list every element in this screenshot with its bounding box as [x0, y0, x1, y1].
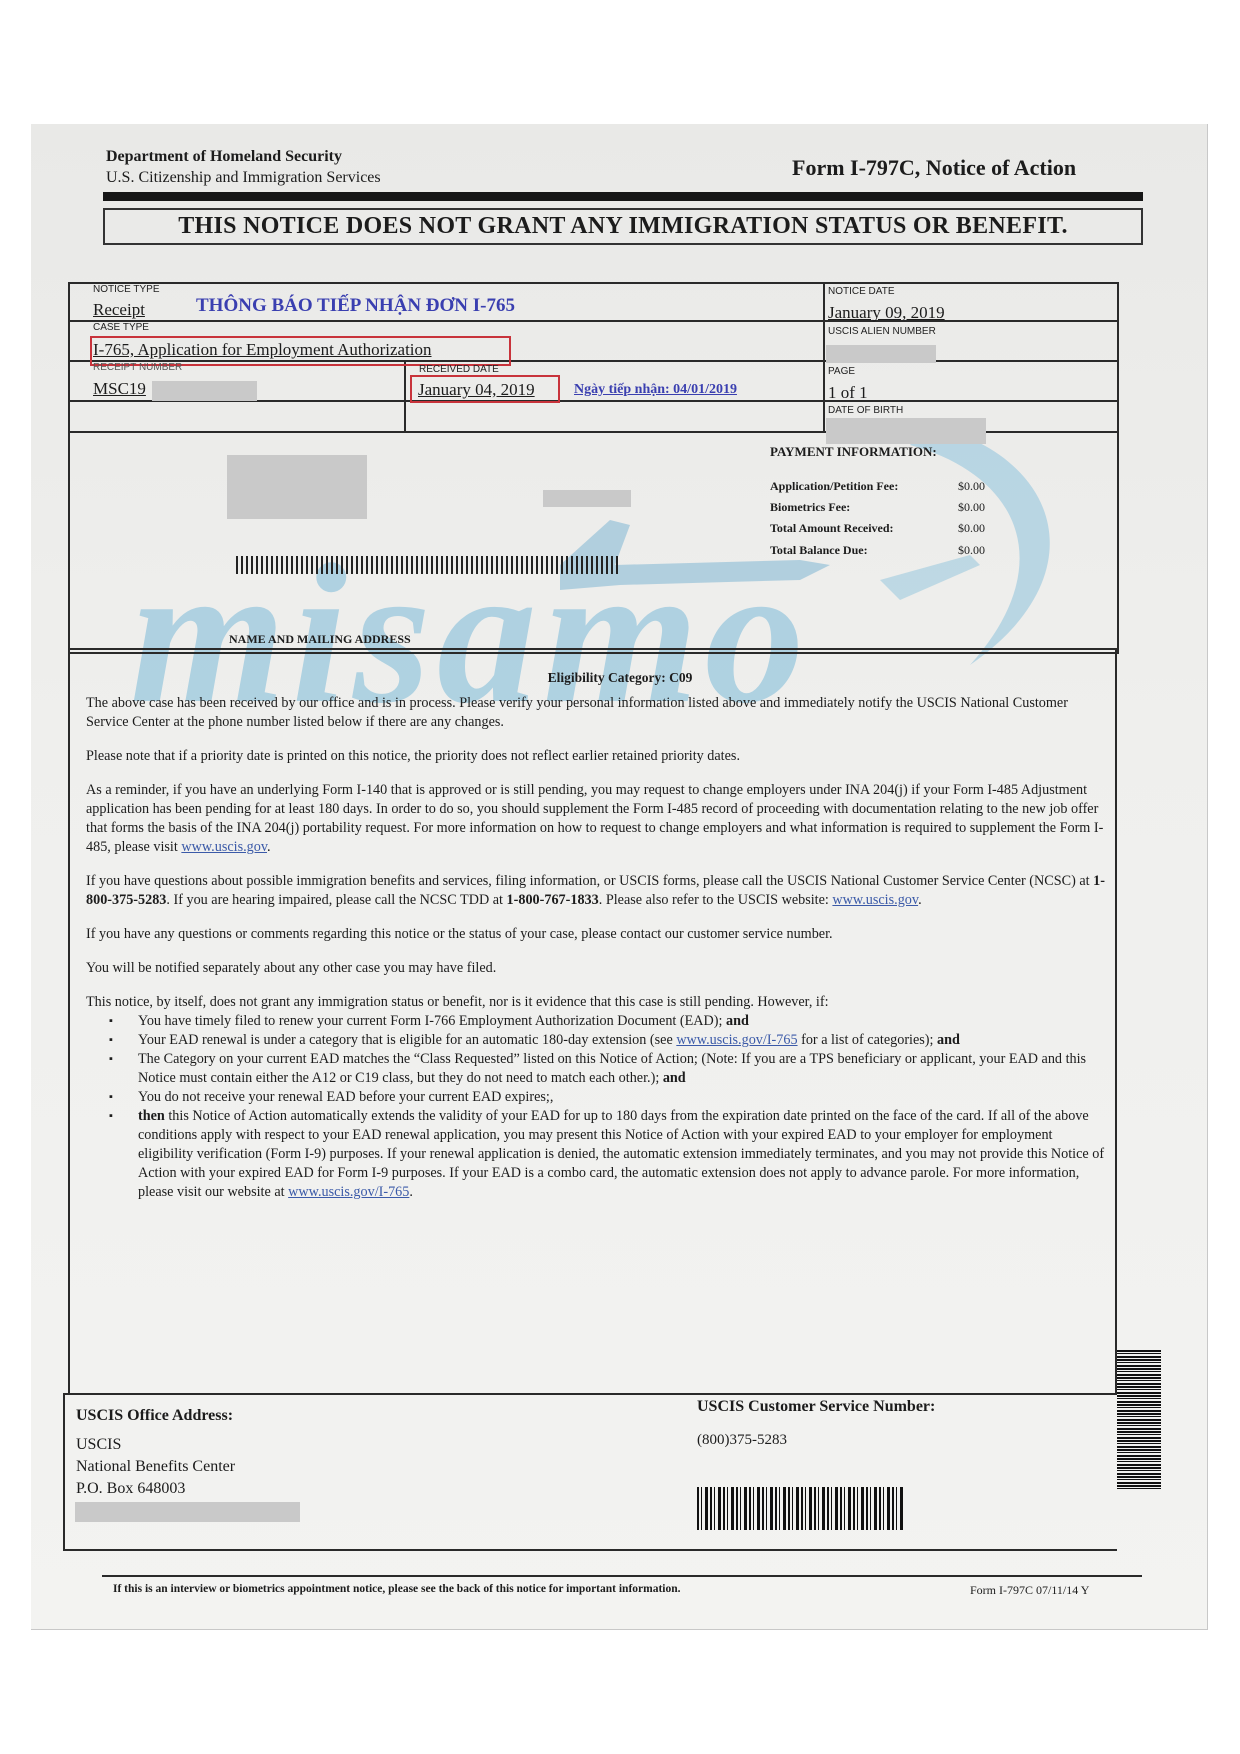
receipt-number-value: MSC19 — [93, 379, 146, 399]
paragraph-contact: If you have questions about possible imm… — [86, 872, 1106, 910]
eligibility-category: Eligibility Category: C09 — [0, 668, 1240, 687]
receipt-number-label: RECEIPT NUMBER — [93, 362, 182, 373]
case-type-label: CASE TYPE — [93, 322, 149, 333]
barcode-icon — [697, 1487, 905, 1530]
office-line-1: USCIS — [76, 1436, 121, 1454]
and-text: and — [726, 1013, 749, 1029]
then-text: then — [138, 1108, 165, 1124]
alien-number-label: USCIS ALIEN NUMBER — [828, 326, 936, 337]
received-date-label: RECEIVED DATE — [419, 364, 499, 375]
divider — [68, 320, 1117, 322]
tdd-phone: 1-800-767-1833 — [507, 892, 599, 908]
payment-value: $0.00 — [958, 500, 985, 515]
divider — [1115, 650, 1117, 1395]
and-text: and — [663, 1070, 686, 1086]
vietnamese-annotation-received: Ngày tiếp nhận: 04/01/2019 — [574, 382, 737, 398]
header-rule — [103, 192, 1143, 201]
received-date-value: January 04, 2019 — [418, 380, 535, 400]
contact-text: . If you are hearing impaired, please ca… — [166, 892, 506, 908]
page-value: 1 of 1 — [828, 383, 868, 403]
condition-text: The Category on your current EAD matches… — [138, 1051, 1086, 1086]
contact-text: If you have questions about possible imm… — [86, 873, 1093, 889]
department-name: Department of Homeland Security — [106, 148, 342, 166]
form-title: Form I-797C, Notice of Action — [792, 155, 1076, 181]
i765-link[interactable]: www.uscis.gov/I-765 — [676, 1032, 797, 1048]
office-line-2: National Benefits Center — [76, 1458, 235, 1476]
postal-barcode-icon — [236, 556, 620, 574]
notice-date-value: January 09, 2019 — [828, 303, 945, 323]
mailing-address-label: NAME AND MAILING ADDRESS — [229, 632, 411, 647]
payment-label: Total Balance Due: — [770, 543, 868, 558]
paragraph-questions: If you have any questions or comments re… — [86, 925, 1106, 944]
footer-rule — [102, 1575, 1142, 1577]
list-item: The Category on your current EAD matches… — [86, 1050, 1106, 1088]
divider — [68, 648, 1117, 650]
contact-text: . Please also refer to the USCIS website… — [599, 892, 833, 908]
payment-label: Biometrics Fee: — [770, 500, 850, 515]
vertical-barcode-icon — [1117, 1350, 1161, 1490]
paragraph-received: The above case has been received by our … — [86, 694, 1106, 732]
notice-banner: THIS NOTICE DOES NOT GRANT ANY IMMIGRATI… — [103, 208, 1143, 245]
divider — [63, 1393, 1117, 1395]
form-revision: Form I-797C 07/11/14 Y — [970, 1583, 1089, 1598]
i765-link[interactable]: www.uscis.gov/I-765 — [288, 1184, 409, 1200]
divider — [68, 650, 70, 1395]
vietnamese-annotation-title: THÔNG BÁO TIẾP NHẬN ĐƠN I-765 — [196, 295, 515, 317]
notice-date-label: NOTICE DATE — [828, 286, 894, 297]
agency-name: U.S. Citizenship and Immigration Service… — [106, 169, 381, 187]
payment-label: Application/Petition Fee: — [770, 479, 898, 494]
list-item: You have timely filed to renew your curr… — [86, 1012, 1106, 1031]
body-content: The above case has been received by our … — [86, 694, 1106, 1202]
payment-value: $0.00 — [958, 521, 985, 536]
page-label: PAGE — [828, 366, 855, 377]
uscis-link[interactable]: www.uscis.gov — [832, 892, 918, 908]
conditions-list: You have timely filed to renew your curr… — [86, 1012, 1106, 1202]
condition-text: You do not receive your renewal EAD befo… — [138, 1089, 553, 1105]
date-of-birth-label: DATE OF BIRTH — [828, 405, 903, 416]
redacted-date-of-birth — [826, 418, 986, 444]
office-line-3: P.O. Box 648003 — [76, 1480, 185, 1498]
payment-value: $0.00 — [958, 479, 985, 494]
customer-service-title: USCIS Customer Service Number: — [697, 1398, 935, 1416]
customer-service-phone: (800)375-5283 — [697, 1432, 787, 1449]
list-item: Your EAD renewal is under a category tha… — [86, 1031, 1106, 1050]
redacted-alien-number — [826, 345, 936, 363]
and-text: and — [937, 1032, 960, 1048]
payment-title: PAYMENT INFORMATION: — [770, 444, 937, 460]
notice-type-label: NOTICE TYPE — [93, 284, 160, 295]
paragraph-not-grant: This notice, by itself, does not grant a… — [86, 993, 1106, 1012]
paragraph-reminder: As a reminder, if you have an underlying… — [86, 781, 1106, 857]
footer-note: If this is an interview or biometrics ap… — [113, 1583, 681, 1595]
divider — [63, 1549, 1117, 1551]
redacted-office-city — [75, 1502, 300, 1522]
condition-text: Your EAD renewal is under a category tha… — [138, 1032, 676, 1048]
divider — [823, 282, 825, 433]
divider — [404, 362, 406, 433]
condition-text: You have timely filed to renew your curr… — [138, 1013, 726, 1029]
list-item: You do not receive your renewal EAD befo… — [86, 1088, 1106, 1107]
divider — [63, 1393, 65, 1551]
payment-label: Total Amount Received: — [770, 521, 894, 536]
payment-value: $0.00 — [958, 543, 985, 558]
notice-type-value: Receipt — [93, 300, 145, 320]
list-item: then this Notice of Action automatically… — [86, 1107, 1106, 1202]
redacted-receipt-number — [152, 381, 257, 401]
condition-text: this Notice of Action automatically exte… — [138, 1108, 1104, 1200]
redacted-name — [227, 455, 367, 519]
condition-text: . — [409, 1184, 413, 1200]
uscis-link[interactable]: www.uscis.gov — [181, 839, 267, 855]
office-address-title: USCIS Office Address: — [76, 1407, 233, 1425]
paragraph-priority: Please note that if a priority date is p… — [86, 747, 1106, 766]
redacted-address — [543, 490, 631, 507]
condition-text: for a list of categories); — [798, 1032, 937, 1048]
paragraph-other-cases: You will be notified separately about an… — [86, 959, 1106, 978]
case-type-value: I-765, Application for Employment Author… — [93, 340, 432, 360]
